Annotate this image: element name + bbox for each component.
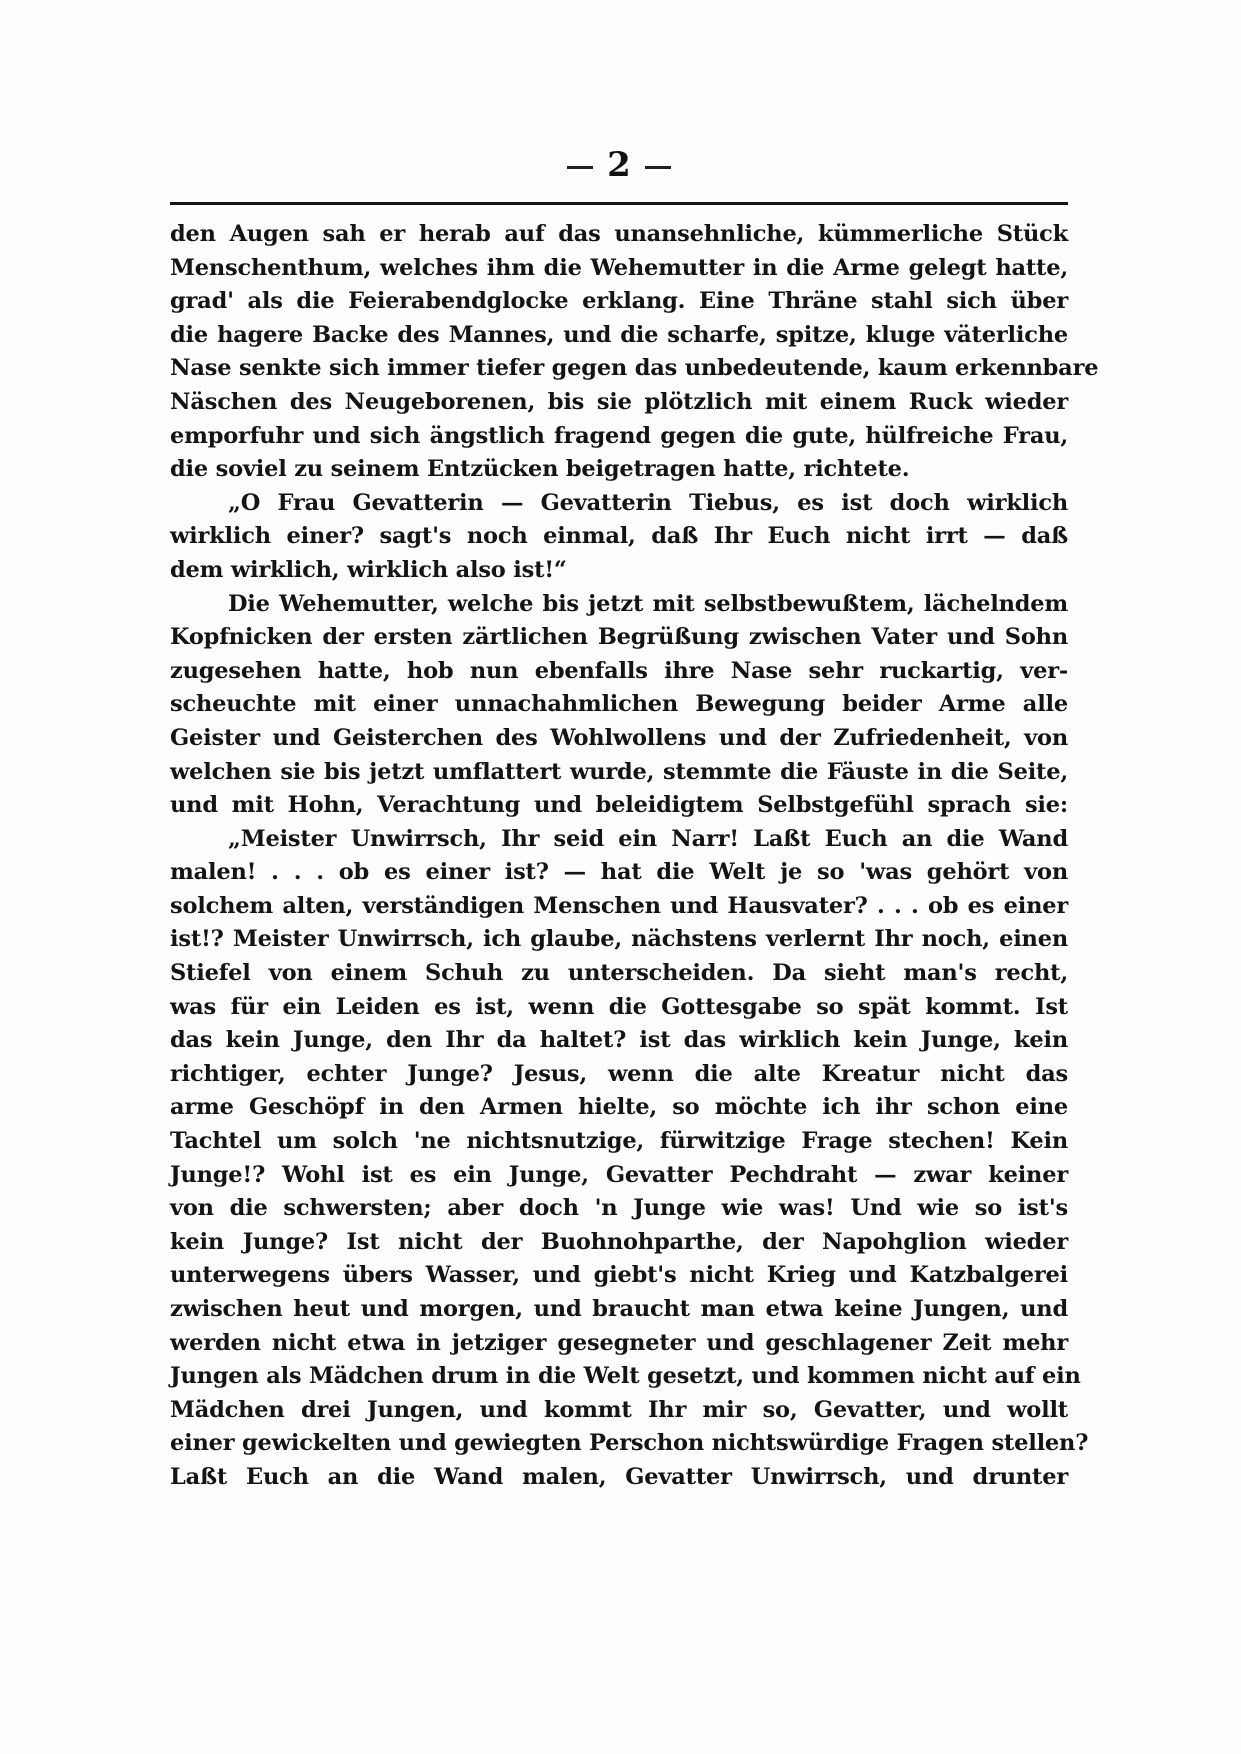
text-line: scheuchte mit einer unnachahmlichen Bewe…	[170, 688, 1068, 722]
text-line: Stiefel von einem Schuh zu unterscheiden…	[170, 957, 1068, 991]
text-line: grad' als die Feierabendglocke erklang. …	[170, 285, 1068, 319]
text-line: das kein Junge, den Ihr da haltet? ist d…	[170, 1024, 1068, 1058]
text-line: welchen sie bis jetzt umflattert wurde, …	[170, 756, 1068, 790]
header-ornament-left	[567, 166, 593, 169]
text-line: Kopfnicken der ersten zärtlichen Begrüßu…	[170, 621, 1068, 655]
text-line: einer gewickelten und gewiegten Perschon…	[170, 1427, 1068, 1461]
text-line: Jungen als Mädchen drum in die Welt gese…	[170, 1360, 1068, 1394]
header-rule	[170, 202, 1068, 205]
text-line: und mit Hohn, Verachtung und beleidigtem…	[170, 789, 1068, 823]
text-line: ist!? Meister Unwirrsch, ich glaube, näc…	[170, 923, 1068, 957]
text-line: von die schwersten; aber doch 'n Junge w…	[170, 1192, 1068, 1226]
page-header: 2	[170, 140, 1068, 190]
text-line: „O Frau Gevatterin — Gevatterin Tiebus, …	[170, 487, 1068, 521]
text-line: Laßt Euch an die Wand malen, Gevatter Un…	[170, 1461, 1068, 1495]
header-ornament-right	[645, 166, 671, 169]
text-line: solchem alten, verständigen Menschen und…	[170, 890, 1068, 924]
page-number: 2	[607, 145, 631, 185]
text-line: „Meister Unwirrsch, Ihr seid ein Narr! L…	[170, 823, 1068, 857]
text-line: malen! . . . ob es einer ist? — hat die …	[170, 856, 1068, 890]
text-line: Tachtel um solch 'ne nichtsnutzige, fürw…	[170, 1125, 1068, 1159]
text-line: Geister und Geisterchen des Wohlwollens …	[170, 722, 1068, 756]
text-line: Näschen des Neugeborenen, bis sie plötzl…	[170, 386, 1068, 420]
text-line: dem wirklich, wirklich also ist!“	[170, 554, 1068, 588]
text-line: unterwegens übers Wasser, und giebt's ni…	[170, 1259, 1068, 1293]
text-line: Die Wehemutter, welche bis jetzt mit sel…	[170, 588, 1068, 622]
text-line: die hagere Backe des Mannes, und die sch…	[170, 319, 1068, 353]
text-line: Menschenthum, welches ihm die Wehemutter…	[170, 252, 1068, 286]
text-line: Mädchen drei Jungen, und kommt Ihr mir s…	[170, 1394, 1068, 1428]
text-line: emporfuhr und sich ängstlich fragend geg…	[170, 420, 1068, 454]
text-line: zugesehen hatte, hob nun ebenfalls ihre …	[170, 655, 1068, 689]
text-line: was für ein Leiden es ist, wenn die Gott…	[170, 991, 1068, 1025]
text-line: wirklich einer? sagt's noch einmal, daß …	[170, 520, 1068, 554]
text-line: Nase senkte sich immer tiefer gegen das …	[170, 352, 1068, 386]
text-line: die soviel zu seinem Entzücken beigetrag…	[170, 453, 1068, 487]
text-line: kein Junge? Ist nicht der Buohnohparthe,…	[170, 1226, 1068, 1260]
text-line: arme Geschöpf in den Armen hielte, so mö…	[170, 1091, 1068, 1125]
text-line: den Augen sah er herab auf das unansehnl…	[170, 218, 1068, 252]
text-line: werden nicht etwa in jetziger gesegneter…	[170, 1327, 1068, 1361]
text-line: richtiger, echter Junge? Jesus, wenn die…	[170, 1058, 1068, 1092]
page-body-text: den Augen sah er herab auf das unansehnl…	[170, 218, 1068, 1495]
scanned-page: 2 den Augen sah er herab auf das unanseh…	[0, 0, 1241, 1754]
text-line: zwischen heut und morgen, und braucht ma…	[170, 1293, 1068, 1327]
text-line: Junge!? Wohl ist es ein Junge, Gevatter …	[170, 1159, 1068, 1193]
